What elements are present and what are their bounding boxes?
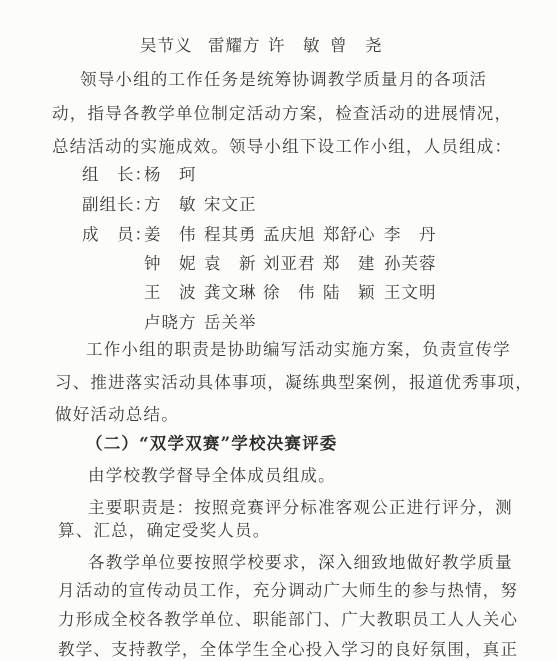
paragraph-line: 领导小组的工作任务是统筹协调教学质量月的各项活	[80, 70, 487, 90]
name: 徐 伟	[263, 283, 316, 303]
section-heading: （二）“双学双赛”学校决赛评委	[86, 434, 337, 454]
name: 龚文琳	[204, 283, 257, 303]
name: 李 丹	[384, 225, 437, 245]
name: 王文明	[384, 283, 437, 303]
name: 刘亚君	[263, 254, 316, 274]
name: 袁 新	[204, 254, 257, 274]
paragraph-line: 各教学单位要按照学校要求，深入细致地做好教学质量	[88, 553, 513, 573]
name: 郑舒心	[323, 225, 376, 245]
document-page: 吴节义 雷耀方 许 敏 曾 尧 领导小组的工作任务是统筹协调教学质量月的各项活 …	[0, 0, 557, 661]
name: 钟 妮	[144, 254, 197, 274]
name: 孟庆旭	[263, 225, 316, 245]
name: 宋文正	[204, 195, 257, 215]
paragraph-line: 工作小组的职责是协助编写活动实施方案，负责宣传学	[86, 340, 511, 360]
paragraph-line: 月活动的宣传动员工作，充分调动广大师生的参与热情，努	[58, 581, 518, 601]
paragraph-line: 总结活动的实施成效。领导小组下设工作小组，人员组成：	[52, 137, 512, 157]
role-label: 成 员：	[82, 225, 152, 245]
name: 雷耀方	[208, 36, 261, 56]
paragraph-line: 教学、支持教学，全体学生全心投入学习的良好氛围，真正	[58, 640, 518, 660]
paragraph-line: 动，指导各教学单位制定活动方案，检查活动的进展情况，	[52, 104, 512, 124]
paragraph-line: 做好活动总结。	[55, 405, 179, 425]
name: 孙芙蓉	[384, 254, 437, 274]
name: 郑 建	[323, 254, 376, 274]
name: 许 敏	[268, 36, 321, 56]
paragraph-line: 力形成全校各教学单位、职能部门、广大教职员工人人关心	[58, 610, 518, 630]
paragraph-line: 主要职责是：按照竞赛评分标准客观公正进行评分，测	[88, 498, 513, 518]
name: 吴节义	[140, 36, 193, 56]
name: 卢晓方	[144, 313, 197, 333]
role-label: 副组长：	[82, 195, 152, 215]
name: 程其勇	[204, 225, 257, 245]
name: 王 波	[144, 283, 197, 303]
name: 陆 颖	[323, 283, 376, 303]
paragraph-line: 算、汇总，确定受奖人员。	[58, 521, 270, 541]
paragraph-line: 由学校教学督导全体成员组成。	[88, 466, 336, 486]
name: 姜 伟	[144, 225, 197, 245]
role-label: 组 长：	[82, 165, 152, 185]
name: 方 敏	[144, 195, 197, 215]
name: 曾 尧	[330, 36, 383, 56]
paragraph-line: 习、推进落实活动具体事项，凝练典型案例，报道优秀事项，	[55, 373, 533, 393]
name: 杨 珂	[144, 165, 197, 185]
name: 岳关举	[204, 313, 257, 333]
